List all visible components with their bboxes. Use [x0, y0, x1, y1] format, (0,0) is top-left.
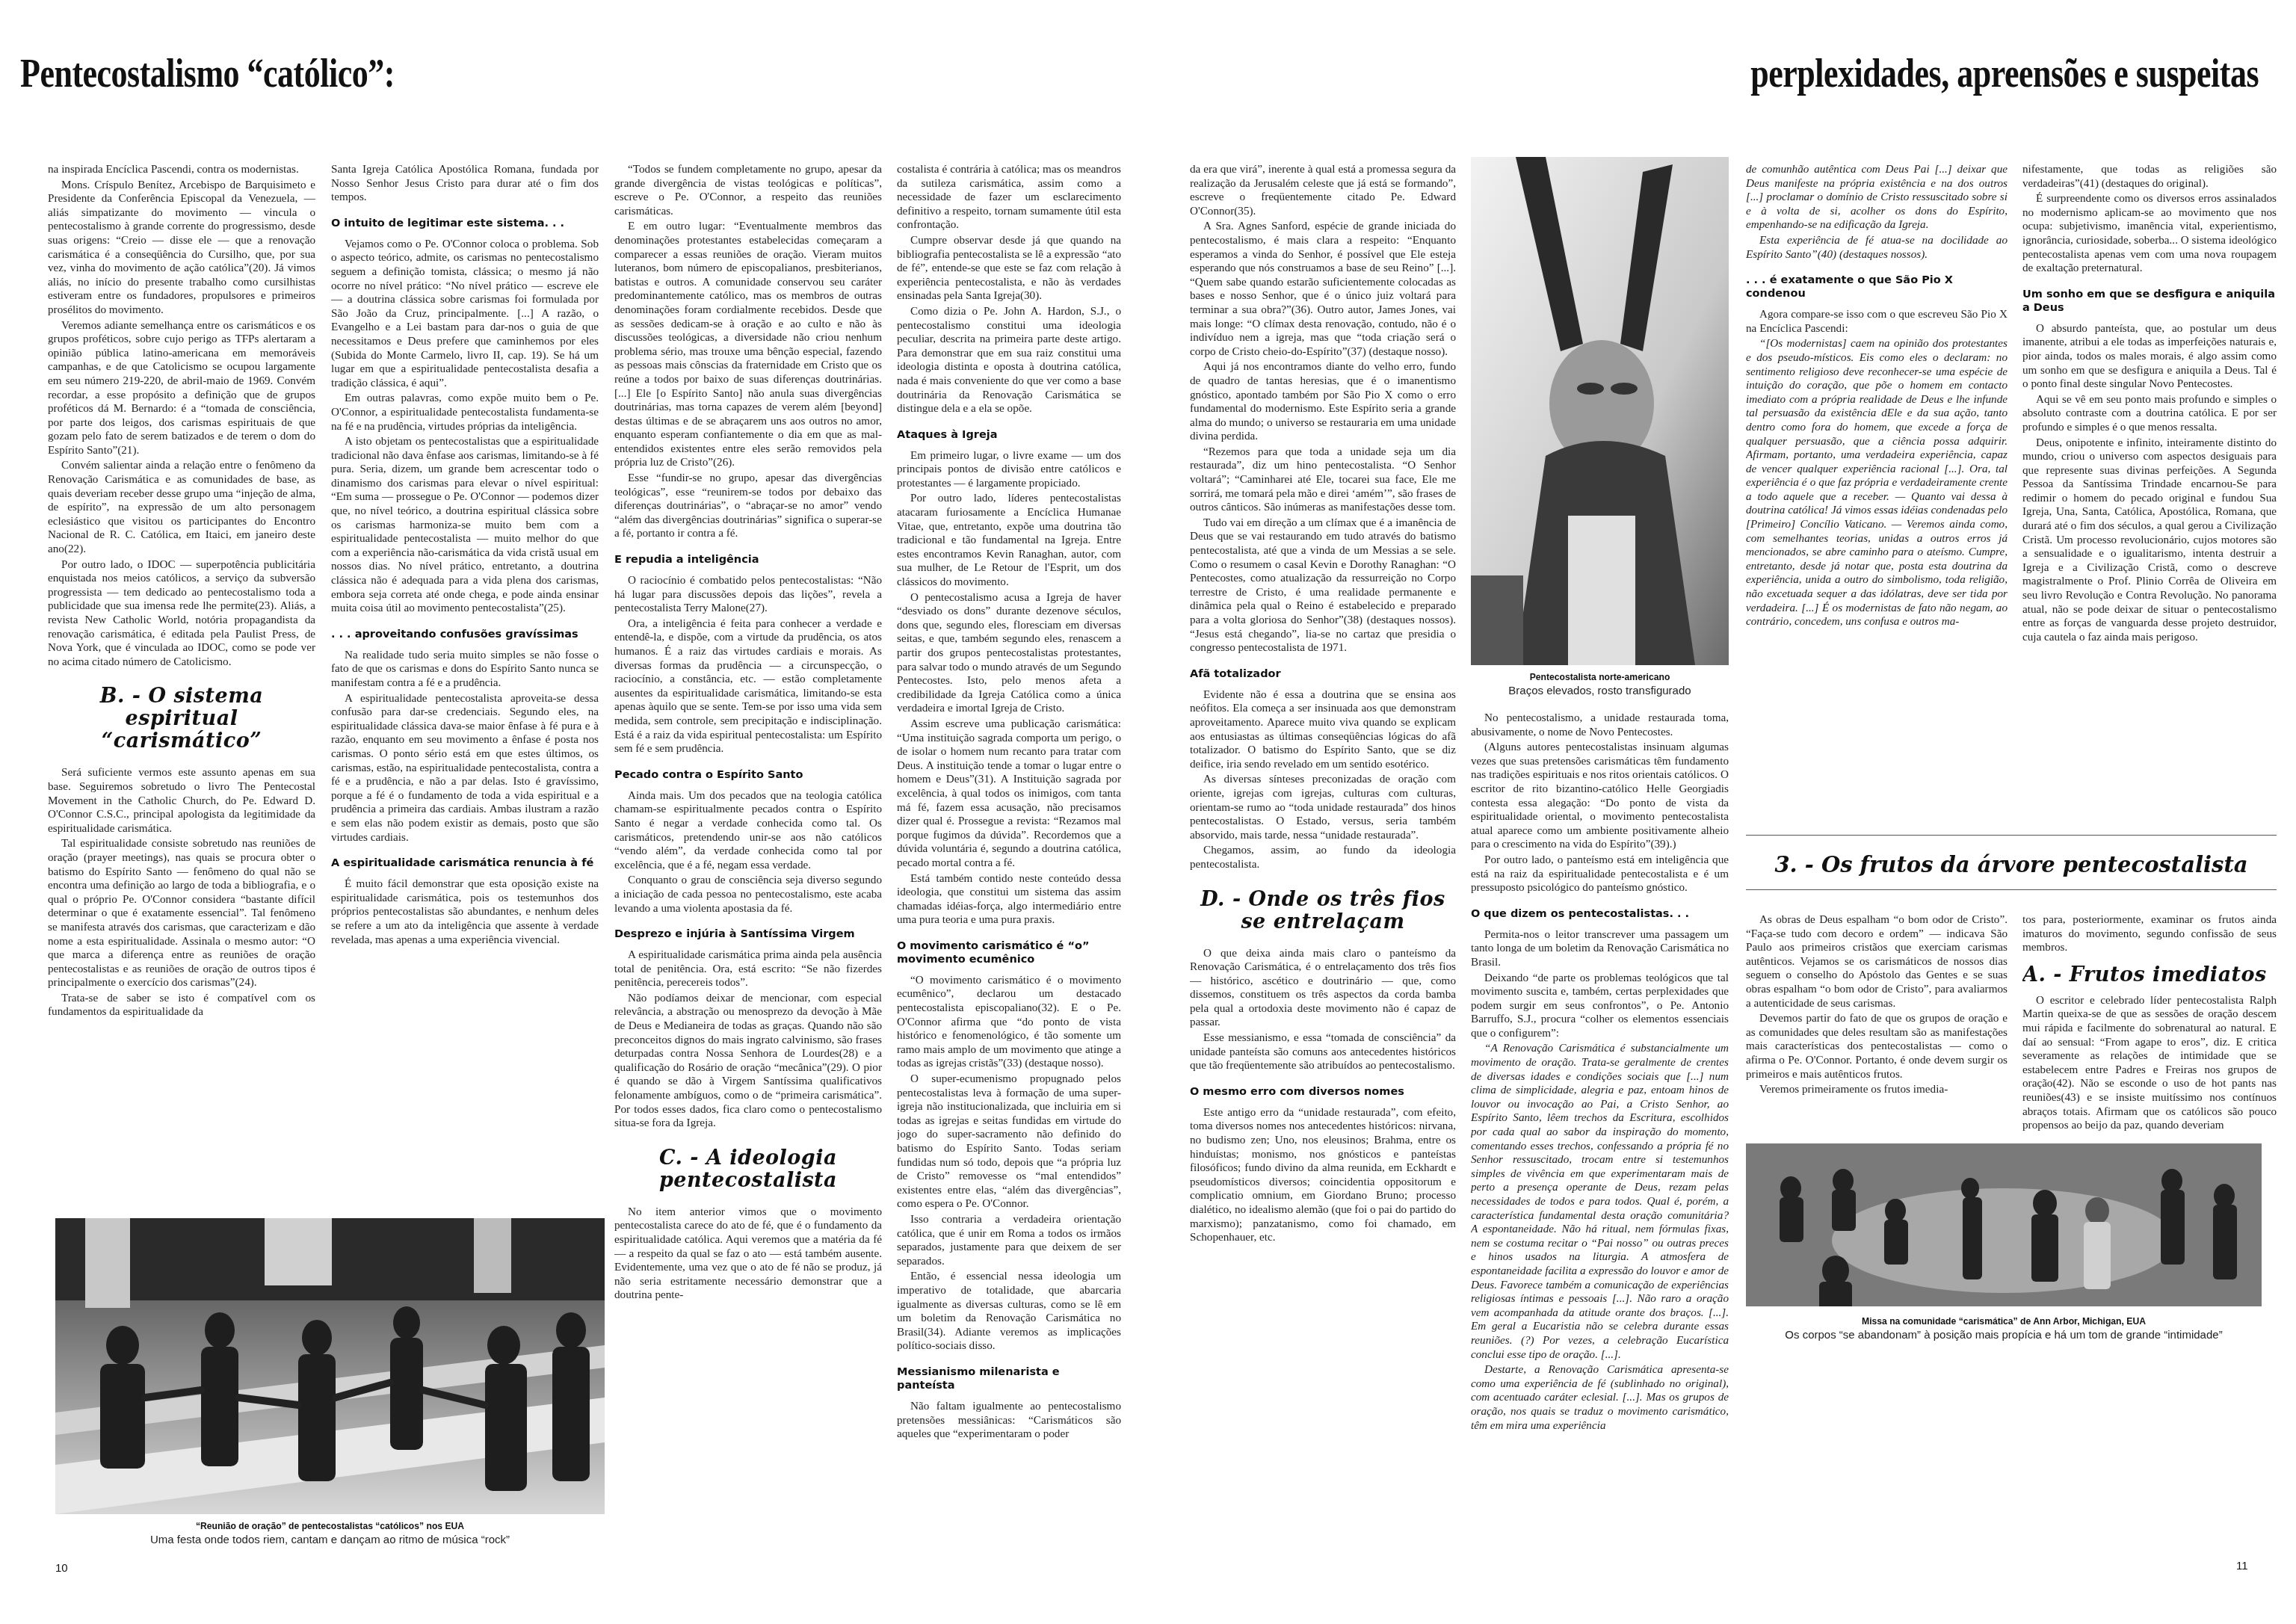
- section-heading-3: 3. - Os frutos da árvore pentecostalista: [1746, 852, 2277, 877]
- paragraph: Agora compare-se isso com o que escreveu…: [1746, 308, 2008, 336]
- paragraph: Como dizia o Pe. John A. Hardon, S.J., o…: [897, 305, 1121, 416]
- section-heading-d: D. - Onde os três fios se entrelaçam: [1190, 889, 1456, 933]
- paragraph: Assim escreve uma publicação carismática…: [897, 717, 1121, 871]
- page-number-left: 10: [55, 1562, 68, 1575]
- subheading: A espiritualidade carismática renuncia à…: [331, 856, 599, 870]
- paragraph: Aqui já nos encontramos diante do velho …: [1190, 360, 1456, 444]
- paragraph: “A Renovação Carismática é substancialme…: [1471, 1042, 1729, 1362]
- paragraph: E em outro lugar: “Eventualmente membros…: [614, 220, 882, 470]
- section-heading-c: C. - A ideologia pentecostalista: [614, 1147, 882, 1192]
- paragraph: Destarte, a Renovação Carismática aprese…: [1471, 1363, 1729, 1433]
- section-heading-b: B. - O sistema espiritual “carismático”: [48, 685, 315, 753]
- paragraph: Cumpre observar desde já que quando na b…: [897, 234, 1121, 303]
- paragraph: Esta experiência de fé atua-se na docili…: [1746, 234, 2008, 262]
- paragraph: O absurdo panteísta, que, ao postular um…: [2022, 322, 2277, 392]
- paragraph: A Sra. Agnes Sanford, espécie de grande …: [1190, 220, 1456, 359]
- caption-subtitle: Uma festa onde todos riem, cantam e danç…: [55, 1534, 605, 1546]
- paragraph: Em outras palavras, como expõe muito bem…: [331, 392, 599, 433]
- paragraph: de comunhão autêntica com Deus Pai [...]…: [1746, 163, 2008, 232]
- divider-rule: [1746, 835, 2277, 836]
- paragraph: Chegamos, assim, ao fundo da ideologia p…: [1190, 844, 1456, 871]
- paragraph: O que deixa ainda mais claro o panteísmo…: [1190, 947, 1456, 1031]
- paragraph: A espiritualidade pentecostalista aprove…: [331, 692, 599, 845]
- subheading: O mesmo erro com diversos nomes: [1190, 1085, 1456, 1099]
- right-column-2: No pentecostalismo, a unidade restaurada…: [1471, 711, 1729, 1563]
- page-left: Pentecostalismo “católico”: na inspirada…: [0, 0, 1148, 1624]
- paragraph: Este antigo erro da “unidade restaurada”…: [1190, 1106, 1456, 1245]
- subheading: . . . é exatamente o que São Pio X conde…: [1746, 274, 2008, 300]
- photo-caption-left: “Reunião de oração” de pentecostalistas …: [55, 1520, 605, 1546]
- page-number-right: 11: [2236, 1560, 2248, 1572]
- photo-raised-arms: [1471, 157, 1729, 665]
- caption-title: “Reunião de oração” de pentecostalistas …: [83, 1520, 578, 1531]
- left-column-2: Santa Igreja Católica Apostólica Romana,…: [331, 163, 599, 1239]
- paragraph: Não faltam igualmente ao pentecostalismo…: [897, 1400, 1121, 1442]
- divider-rule: [1746, 889, 2277, 890]
- caption-subtitle: Braços elevados, rosto transfigurado: [1471, 685, 1729, 697]
- paragraph: Ora, a inteligência é feita para conhece…: [614, 617, 882, 756]
- paragraph: Está também contido neste conteúdo dessa…: [897, 872, 1121, 927]
- subheading: . . . aproveitando confusões gravíssimas: [331, 628, 599, 641]
- paragraph: Veremos primeiramente os frutos imedia-: [1746, 1083, 2008, 1097]
- paragraph: Devemos partir do fato de que os grupos …: [1746, 1012, 2008, 1081]
- photo-image: [1471, 157, 1729, 665]
- paragraph: nifestamente, que todas as religiões são…: [2022, 163, 2277, 191]
- paragraph: Tudo vai em direção a um clímax que é a …: [1190, 516, 1456, 655]
- subheading: O movimento carismático é “o” movimento …: [897, 939, 1121, 966]
- subheading: Pecado contra o Espírito Santo: [614, 768, 882, 782]
- subheading: Afã totalizador: [1190, 667, 1456, 681]
- photo-image: [1746, 1143, 2262, 1306]
- photo-image: [55, 1218, 605, 1514]
- paragraph: costalista é contrária à católica; mas o…: [897, 163, 1121, 232]
- left-column-1: na inspirada Encíclica Pascendi, contra …: [48, 163, 315, 1021]
- photo-caption-right: Missa na comunidade “carismática” de Ann…: [1746, 1315, 2262, 1342]
- paragraph: Será suficiente vermos este assunto apen…: [48, 766, 315, 836]
- caption-title: Missa na comunidade “carismática” de Ann…: [1772, 1315, 2236, 1327]
- right-column-3: de comunhão autêntica com Deus Pai [...]…: [1746, 163, 2008, 955]
- paragraph: O super-ecumenismo propugnado pelos pent…: [897, 1072, 1121, 1211]
- subheading: Um sonho em que se desfigura e aniquila …: [2022, 288, 2277, 315]
- paragraph: Evidente não é essa a doutrina que se en…: [1190, 688, 1456, 772]
- paragraph: Conquanto o grau de consciência seja div…: [614, 874, 882, 916]
- section-heading-a: A. - Frutos imediatos: [2022, 964, 2277, 987]
- paragraph: Deixando “de parte os problemas teológic…: [1471, 972, 1729, 1041]
- subheading: Messianismo milenarista e panteísta: [897, 1365, 1121, 1392]
- paragraph: As obras de Deus espalham “o bom odor de…: [1746, 913, 2008, 1010]
- paragraph: (Alguns autores pentecostalistas insinua…: [1471, 741, 1729, 852]
- paragraph: “O movimento carismático é o movimento e…: [897, 974, 1121, 1071]
- subheading: Desprezo e injúria à Santíssima Virgem: [614, 927, 882, 941]
- page-right: perplexidades, apreensões e suspeitas da…: [1148, 0, 2296, 1624]
- paragraph: O pentecostalismo acusa a Igreja de have…: [897, 591, 1121, 716]
- headline-right: perplexidades, apreensões e suspeitas: [1750, 49, 2259, 97]
- subheading: O intuito de legitimar este sistema. . .: [331, 217, 599, 230]
- paragraph: Por outro lado, líderes pentecostalistas…: [897, 492, 1121, 589]
- paragraph: A isto objetam os pentecostalistas que a…: [331, 435, 599, 616]
- paragraph: Em primeiro lugar, o livre exame — um do…: [897, 449, 1121, 491]
- paragraph: “Rezemos para que toda a unidade seja um…: [1190, 445, 1456, 515]
- paragraph: Aqui se vê em seu ponto mais profundo e …: [2022, 393, 2277, 435]
- photo-ann-arbor-mass: [1746, 1143, 2262, 1306]
- paragraph: Tal espiritualidade consiste sobretudo n…: [48, 837, 315, 990]
- paragraph: Santa Igreja Católica Apostólica Romana,…: [331, 163, 599, 205]
- photo-prayer-meeting-dance: [55, 1218, 605, 1514]
- paragraph: “Todos se fundem completamente no grupo,…: [614, 163, 882, 218]
- left-column-4: costalista é contrária à católica; mas o…: [897, 163, 1121, 1583]
- paragraph: “[Os modernistas] caem na opinião dos pr…: [1746, 337, 2008, 629]
- frutos-column-a: As obras de Deus espalham “o bom odor de…: [1746, 913, 2008, 1137]
- paragraph: na inspirada Encíclica Pascendi, contra …: [48, 163, 315, 177]
- paragraph: No item anterior vimos que o movimento p…: [614, 1205, 882, 1303]
- caption-subtitle: Os corpos “se abandonam” à posição mais …: [1746, 1329, 2262, 1342]
- paragraph: Veremos adiante semelhança entre os cari…: [48, 319, 315, 458]
- paragraph: Por outro lado, o panteísmo está em inte…: [1471, 853, 1729, 895]
- subheading: Ataques à Igreja: [897, 428, 1121, 442]
- subheading: O que dizem os pentecostalistas. . .: [1471, 907, 1729, 921]
- paragraph: Deus, onipotente e infinito, inteirament…: [2022, 436, 2277, 645]
- paragraph: Ainda mais. Um dos pecados que na teolog…: [614, 789, 882, 873]
- right-column-1: da era que virá”, inerente à qual está a…: [1190, 163, 1456, 1583]
- paragraph: É muito fácil demonstrar que esta oposiç…: [331, 877, 599, 947]
- paragraph: Não podíamos deixar de mencionar, com es…: [614, 992, 882, 1131]
- paragraph: O escritor e celebrado líder pentecostal…: [2022, 994, 2277, 1133]
- paragraph: O raciocínio é combatido pelos pentecost…: [614, 574, 882, 616]
- right-column-4: nifestamente, que todas as religiões são…: [2022, 163, 2277, 955]
- paragraph: Esse messianismo, e essa “tomada de cons…: [1190, 1031, 1456, 1073]
- paragraph: A espiritualidade carismática prima aind…: [614, 948, 882, 990]
- paragraph: Por outro lado, o IDOC — superpotência p…: [48, 558, 315, 670]
- paragraph: É surpreendente como os diversos erros a…: [2022, 192, 2277, 276]
- paragraph: Mons. Críspulo Benítez, Arcebispo de Bar…: [48, 179, 315, 318]
- paragraph: Na realidade tudo seria muito simples se…: [331, 649, 599, 691]
- paragraph: As diversas sínteses preconizadas de ora…: [1190, 773, 1456, 842]
- paragraph: da era que virá”, inerente à qual está a…: [1190, 163, 1456, 218]
- paragraph: No pentecostalismo, a unidade restaurada…: [1471, 711, 1729, 739]
- frutos-column-b: tos para, posteriormente, examinar os fr…: [2022, 913, 2277, 1137]
- paragraph: Vejamos como o Pe. O'Connor coloca o pro…: [331, 238, 599, 391]
- subheading: E repudia a inteligência: [614, 553, 882, 566]
- paragraph: Esse “fundir-se no grupo, apesar das div…: [614, 472, 882, 541]
- photo-caption-center: Pentecostalista norte-americano Braços e…: [1471, 671, 1729, 697]
- paragraph: Convém salientar ainda a relação entre o…: [48, 459, 315, 556]
- headline-left: Pentecostalismo “católico”:: [20, 49, 395, 97]
- caption-title: Pentecostalista norte-americano: [1484, 671, 1716, 682]
- paragraph: Permita-nos o leitor transcrever uma pas…: [1471, 928, 1729, 970]
- left-column-3: “Todos se fundem completamente no grupo,…: [614, 163, 882, 1583]
- paragraph: Então, é essencial nessa ideologia um im…: [897, 1270, 1121, 1353]
- paragraph: Isso contraria a verdadeira orientação c…: [897, 1213, 1121, 1268]
- paragraph: Trata-se de saber se isto é compatível c…: [48, 992, 315, 1019]
- paragraph: tos para, posteriormente, examinar os fr…: [2022, 913, 2277, 955]
